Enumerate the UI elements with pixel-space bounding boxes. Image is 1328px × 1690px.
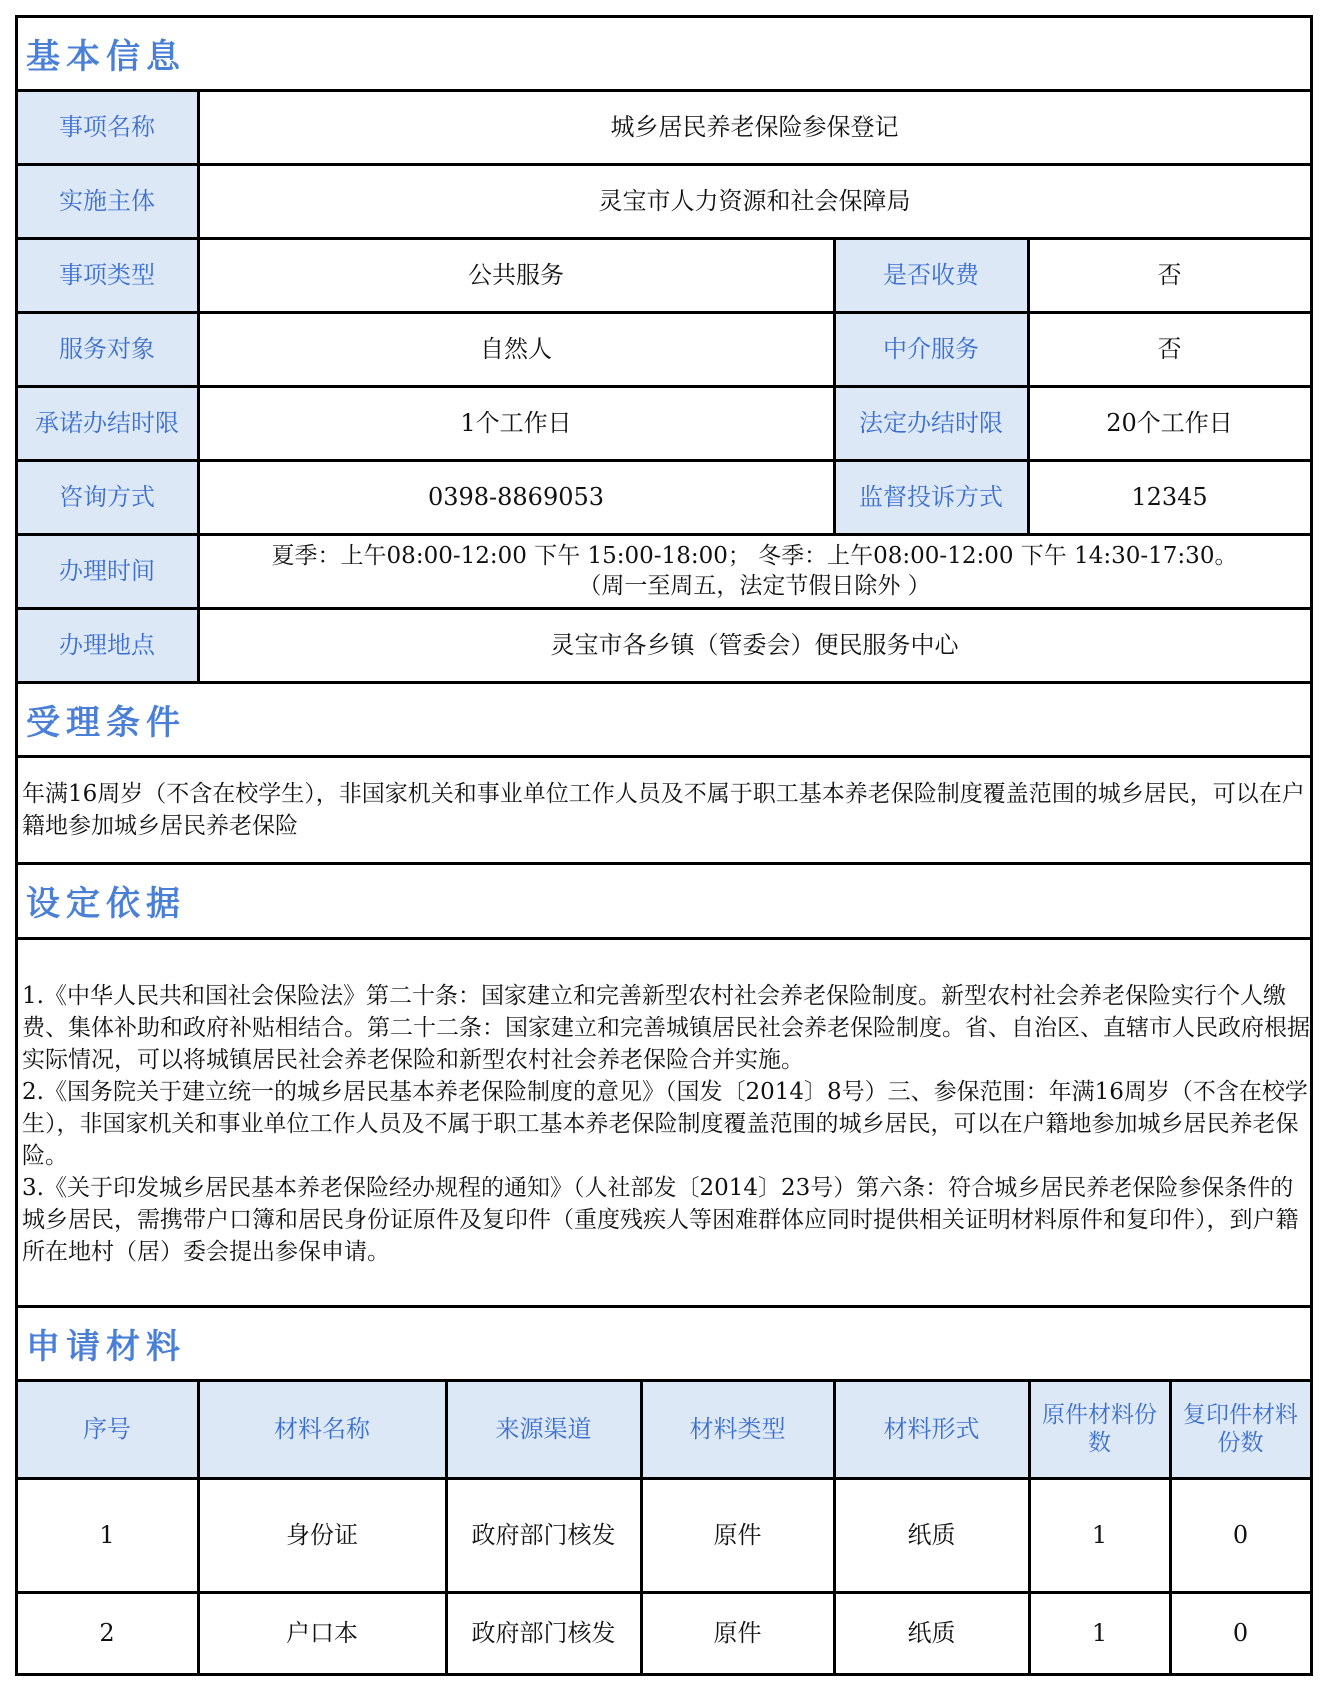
value-consult-phone: 0398-8869053 — [198, 460, 834, 534]
materials-row-1-source: 政府部门核发 — [446, 1478, 641, 1592]
divider — [15, 607, 1313, 610]
materials-header-source: 来源渠道 — [446, 1380, 641, 1478]
divider — [15, 755, 1313, 758]
basis-text: 1.《中华人民共和国社会保险法》第二十条：国家建立和完善新型农村社会养老保险制度… — [22, 938, 1310, 1306]
materials-row-2-form: 纸质 — [834, 1592, 1029, 1674]
materials-row-1-copy-count: 0 — [1170, 1478, 1311, 1592]
label-consult: 咨询方式 — [16, 460, 198, 534]
label-item-name: 事项名称 — [16, 90, 198, 164]
materials-header-name: 材料名称 — [198, 1380, 446, 1478]
value-hours: 夏季：上午08:00-12:00 下午 15:00-18:00； 冬季：上午08… — [198, 534, 1311, 608]
label-hours: 办理时间 — [16, 534, 198, 608]
section-title-basis: 设定依据 — [16, 863, 1311, 938]
label-service-target: 服务对象 — [16, 312, 198, 386]
divider — [15, 163, 1313, 166]
label-complaint: 监督投诉方式 — [834, 460, 1028, 534]
hours-line-2: （周一至周五，法定节假日除外 ） — [578, 571, 930, 601]
materials-row-1-type: 原件 — [641, 1478, 834, 1592]
basis-item-2: 2.《国务院关于建立统一的城乡居民基本养老保险制度的意见》（国发〔2014〕8号… — [22, 1076, 1310, 1172]
conditions-text: 年满16周岁（不含在校学生），非国家机关和事业单位工作人员及不属于职工基本养老保… — [22, 756, 1308, 863]
value-promised-time: 1个工作日 — [198, 386, 834, 460]
value-location: 灵宝市各乡镇（管委会）便民服务中心 — [198, 608, 1311, 682]
divider — [15, 1379, 1313, 1382]
materials-row-2-index: 2 — [16, 1592, 198, 1674]
materials-row-2-source: 政府部门核发 — [446, 1592, 641, 1674]
divider — [197, 89, 200, 683]
border-right — [1310, 15, 1313, 1676]
value-item-type: 公共服务 — [198, 238, 834, 312]
materials-header-original-count: 原件材料份数 — [1029, 1380, 1170, 1478]
divider — [1028, 1379, 1031, 1675]
value-fee: 否 — [1028, 238, 1311, 312]
divider — [445, 1379, 448, 1675]
divider — [15, 1591, 1313, 1594]
label-fee: 是否收费 — [834, 238, 1028, 312]
value-implementer: 灵宝市人力资源和社会保障局 — [198, 164, 1311, 238]
divider — [15, 862, 1313, 865]
label-intermediary: 中介服务 — [834, 312, 1028, 386]
materials-header-type: 材料类型 — [641, 1380, 834, 1478]
divider — [833, 1379, 836, 1675]
divider — [15, 385, 1313, 388]
value-intermediary: 否 — [1028, 312, 1311, 386]
section-title-materials: 申请材料 — [16, 1306, 1311, 1380]
section-title-conditions: 受理条件 — [16, 682, 1311, 756]
materials-header-index: 序号 — [16, 1380, 198, 1478]
divider — [15, 1477, 1313, 1480]
divider — [833, 237, 836, 535]
section-title-basic-info: 基本信息 — [16, 16, 1311, 90]
divider — [1027, 237, 1030, 535]
basis-item-1: 1.《中华人民共和国社会保险法》第二十条：国家建立和完善新型农村社会养老保险制度… — [22, 980, 1310, 1076]
label-promised-time: 承诺办结时限 — [16, 386, 198, 460]
label-legal-time: 法定办结时限 — [834, 386, 1028, 460]
materials-row-2-original-count: 1 — [1029, 1592, 1170, 1674]
hours-line-1: 夏季：上午08:00-12:00 下午 15:00-18:00； 冬季：上午08… — [272, 541, 1238, 571]
border-top — [15, 15, 1313, 18]
materials-row-1-index: 1 — [16, 1478, 198, 1592]
divider — [15, 533, 1313, 536]
divider — [197, 1379, 200, 1675]
materials-row-1-name: 身份证 — [198, 1478, 446, 1592]
divider — [640, 1379, 643, 1675]
materials-header-form: 材料形式 — [834, 1380, 1029, 1478]
divider — [15, 459, 1313, 462]
materials-row-2-type: 原件 — [641, 1592, 834, 1674]
border-left — [15, 15, 18, 1676]
label-item-type: 事项类型 — [16, 238, 198, 312]
divider — [15, 89, 1313, 92]
value-legal-time: 20个工作日 — [1028, 386, 1311, 460]
divider — [15, 1305, 1313, 1308]
divider — [1169, 1379, 1172, 1675]
divider — [15, 937, 1313, 940]
border-bottom — [15, 1673, 1313, 1676]
value-item-name: 城乡居民养老保险参保登记 — [198, 90, 1311, 164]
divider — [15, 237, 1313, 240]
materials-row-1-form: 纸质 — [834, 1478, 1029, 1592]
materials-header-copy-count: 复印件材料份数 — [1170, 1380, 1311, 1478]
label-implementer: 实施主体 — [16, 164, 198, 238]
value-complaint-phone: 12345 — [1028, 460, 1311, 534]
materials-row-2-name: 户口本 — [198, 1592, 446, 1674]
materials-row-2-copy-count: 0 — [1170, 1592, 1311, 1674]
value-service-target: 自然人 — [198, 312, 834, 386]
materials-row-1-original-count: 1 — [1029, 1478, 1170, 1592]
divider — [15, 311, 1313, 314]
basis-item-3: 3.《关于印发城乡居民基本养老保险经办规程的通知》（人社部发〔2014〕23号）… — [22, 1172, 1310, 1268]
label-location: 办理地点 — [16, 608, 198, 682]
divider — [15, 681, 1313, 684]
